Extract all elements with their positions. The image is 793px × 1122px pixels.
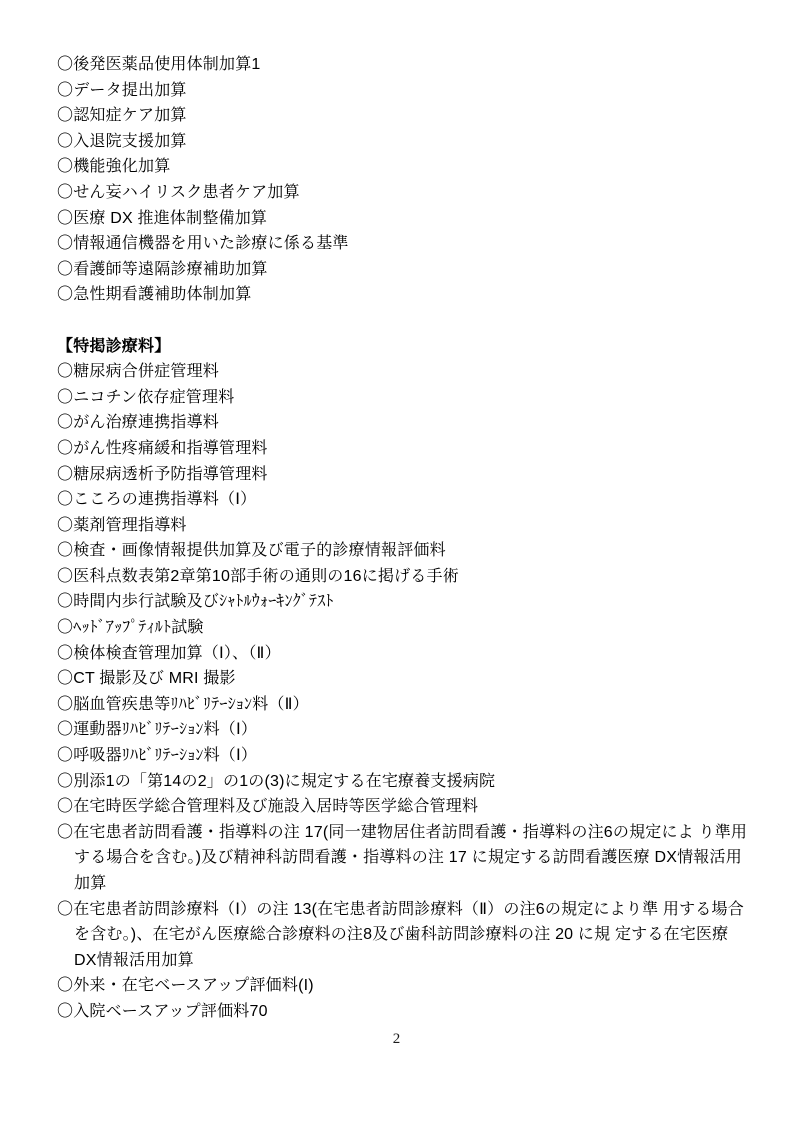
list-item: 〇CT 撮影及び MRI 撮影 — [57, 666, 749, 692]
circle-bullet: 〇 — [57, 568, 73, 585]
circle-bullet: 〇 — [57, 670, 73, 687]
list-item-text: ﾍｯﾄﾞｱｯﾌﾟﾃｨﾙﾄ試験 — [73, 619, 203, 636]
circle-bullet: 〇 — [57, 235, 73, 252]
list-item-text: 機能強化加算 — [73, 158, 170, 175]
circle-bullet: 〇 — [57, 261, 73, 278]
circle-bullet: 〇 — [57, 158, 73, 175]
list-item: 〇時間内歩行試験及びｼｬﾄﾙｳｫｰｷﾝｸﾞﾃｽﾄ — [57, 589, 749, 615]
circle-bullet: 〇 — [57, 184, 73, 201]
list-item: 〇機能強化加算 — [57, 154, 749, 180]
circle-bullet: 〇 — [57, 133, 73, 150]
list-item: 〇ニコチン依存症管理料 — [57, 385, 749, 411]
circle-bullet: 〇 — [57, 1003, 73, 1020]
list-item: 〇認知症ケア加算 — [57, 103, 749, 129]
list-item: 〇ﾍｯﾄﾞｱｯﾌﾟﾃｨﾙﾄ試験 — [57, 615, 749, 641]
list-item-text: 看護師等遠隔診療補助加算 — [73, 261, 267, 278]
list-item-text: 糖尿病透析予防指導管理料 — [73, 466, 267, 483]
list-item: 〇医療 DX 推進体制整備加算 — [57, 206, 749, 232]
list-item-text: 在宅時医学総合管理料及び施設入居時等医学総合管理料 — [73, 798, 478, 815]
list-item: 〇入退院支援加算 — [57, 129, 749, 155]
list-item: 〇がん治療連携指導料 — [57, 410, 749, 436]
list-item: 〇呼吸器ﾘﾊﾋﾞﾘﾃｰｼｮﾝ料（Ⅰ） — [57, 743, 749, 769]
circle-bullet: 〇 — [57, 107, 73, 124]
list-item-text: こころの連携指導料（Ⅰ） — [73, 491, 256, 508]
list-item: 〇情報通信機器を用いた診療に係る基準 — [57, 231, 749, 257]
list-item: 〇検体検査管理加算（Ⅰ）、（Ⅱ） — [57, 641, 749, 667]
page-number: 2 — [0, 1031, 793, 1048]
circle-bullet: 〇 — [57, 389, 73, 406]
list-item: 〇在宅患者訪問看護・指導料の注 17(同一建物居住者訪問看護・指導料の注6の規定… — [57, 820, 749, 897]
circle-bullet: 〇 — [57, 542, 73, 559]
list-item: 〇看護師等遠隔診療補助加算 — [57, 257, 749, 283]
circle-bullet: 〇 — [57, 466, 73, 483]
list-item: 〇急性期看護補助体制加算 — [57, 282, 749, 308]
circle-bullet: 〇 — [57, 593, 73, 610]
list-item: 〇糖尿病透析予防指導管理料 — [57, 462, 749, 488]
list-item-text: 運動器ﾘﾊﾋﾞﾘﾃｰｼｮﾝ料（Ⅰ） — [73, 721, 257, 738]
circle-bullet: 〇 — [57, 747, 73, 764]
list-item-text: CT 撮影及び MRI 撮影 — [73, 670, 236, 687]
list-item: 〇糖尿病合併症管理料 — [57, 359, 749, 385]
circle-bullet: 〇 — [57, 645, 73, 662]
list-item: 〇別添1の「第14の2」の1の(3)に規定する在宅療養支援病院 — [57, 769, 749, 795]
document-body: 〇後発医薬品使用体制加算1 〇データ提出加算 〇認知症ケア加算 〇入退院支援加算… — [57, 52, 749, 1025]
circle-bullet: 〇 — [57, 721, 73, 738]
circle-bullet: 〇 — [57, 56, 73, 73]
list-item-text: 認知症ケア加算 — [73, 107, 186, 124]
circle-bullet: 〇 — [57, 901, 73, 918]
circle-bullet: 〇 — [57, 517, 73, 534]
circle-bullet: 〇 — [57, 696, 73, 713]
list-item-text: 在宅患者訪問看護・指導料の注 17(同一建物居住者訪問看護・指導料の注6の規定に… — [73, 824, 747, 892]
circle-bullet: 〇 — [57, 798, 73, 815]
list-item-text: 時間内歩行試験及びｼｬﾄﾙｳｫｰｷﾝｸﾞﾃｽﾄ — [73, 593, 333, 610]
list-item: 〇運動器ﾘﾊﾋﾞﾘﾃｰｼｮﾝ料（Ⅰ） — [57, 717, 749, 743]
list-item-text: 脳血管疾患等ﾘﾊﾋﾞﾘﾃｰｼｮﾝ料（Ⅱ） — [73, 696, 309, 713]
list-item-text: 外来・在宅ベースアップ評価料(I) — [73, 977, 314, 994]
list-item-text: がん性疼痛緩和指導管理料 — [73, 440, 267, 457]
list-item: 〇後発医薬品使用体制加算1 — [57, 52, 749, 78]
list-item: 〇外来・在宅ベースアップ評価料(I) — [57, 973, 749, 999]
blank-line — [57, 308, 749, 334]
section-heading: 【特掲診療料】 — [57, 334, 749, 360]
list-item: 〇在宅時医学総合管理料及び施設入居時等医学総合管理料 — [57, 794, 749, 820]
list-item: 〇検査・画像情報提供加算及び電子的診療情報評価料 — [57, 538, 749, 564]
list-item: 〇脳血管疾患等ﾘﾊﾋﾞﾘﾃｰｼｮﾝ料（Ⅱ） — [57, 692, 749, 718]
document-page: 〇後発医薬品使用体制加算1 〇データ提出加算 〇認知症ケア加算 〇入退院支援加算… — [0, 0, 793, 1122]
list-item-text: 後発医薬品使用体制加算1 — [73, 56, 260, 73]
list-item-text: 糖尿病合併症管理料 — [73, 363, 219, 380]
list-item: 〇薬剤管理指導料 — [57, 513, 749, 539]
list-item: 〇せん妄ハイリスク患者ケア加算 — [57, 180, 749, 206]
list-item-text: 入退院支援加算 — [73, 133, 186, 150]
list-item-text: 別添1の「第14の2」の1の(3)に規定する在宅療養支援病院 — [73, 773, 495, 790]
list-item-text: 検体検査管理加算（Ⅰ）、（Ⅱ） — [73, 645, 281, 662]
list-item-text: ニコチン依存症管理料 — [73, 389, 234, 406]
list-item-text: 情報通信機器を用いた診療に係る基準 — [73, 235, 348, 252]
list-item-text: がん治療連携指導料 — [73, 414, 219, 431]
circle-bullet: 〇 — [57, 773, 73, 790]
list-item: 〇医科点数表第2章第10部手術の通則の16に掲げる手術 — [57, 564, 749, 590]
list-item-text: 呼吸器ﾘﾊﾋﾞﾘﾃｰｼｮﾝ料（Ⅰ） — [73, 747, 257, 764]
list-item-text: 薬剤管理指導料 — [73, 517, 186, 534]
list-item-text: データ提出加算 — [73, 82, 186, 99]
list-item: 〇在宅患者訪問診療料（Ⅰ）の注 13(在宅患者訪問診療料（Ⅱ）の注6の規定により… — [57, 897, 749, 974]
list-item-text: 急性期看護補助体制加算 — [73, 286, 251, 303]
list-item-text: せん妄ハイリスク患者ケア加算 — [73, 184, 299, 201]
circle-bullet: 〇 — [57, 363, 73, 380]
list-item: 〇こころの連携指導料（Ⅰ） — [57, 487, 749, 513]
circle-bullet: 〇 — [57, 440, 73, 457]
list-item-text: 検査・画像情報提供加算及び電子的診療情報評価料 — [73, 542, 446, 559]
list-item: 〇がん性疼痛緩和指導管理料 — [57, 436, 749, 462]
circle-bullet: 〇 — [57, 210, 73, 227]
list-item-text: 医療 DX 推進体制整備加算 — [73, 210, 267, 227]
circle-bullet: 〇 — [57, 977, 73, 994]
list-item: 〇データ提出加算 — [57, 78, 749, 104]
list-item-text: 在宅患者訪問診療料（Ⅰ）の注 13(在宅患者訪問診療料（Ⅱ）の注6の規定により準… — [73, 901, 744, 969]
list-item-text: 入院ベースアップ評価料70 — [73, 1003, 267, 1020]
list-item-text: 医科点数表第2章第10部手術の通則の16に掲げる手術 — [73, 568, 459, 585]
circle-bullet: 〇 — [57, 286, 73, 303]
circle-bullet: 〇 — [57, 824, 73, 841]
circle-bullet: 〇 — [57, 414, 73, 431]
list-item: 〇入院ベースアップ評価料70 — [57, 999, 749, 1025]
circle-bullet: 〇 — [57, 491, 73, 508]
circle-bullet: 〇 — [57, 619, 73, 636]
circle-bullet: 〇 — [57, 82, 73, 99]
